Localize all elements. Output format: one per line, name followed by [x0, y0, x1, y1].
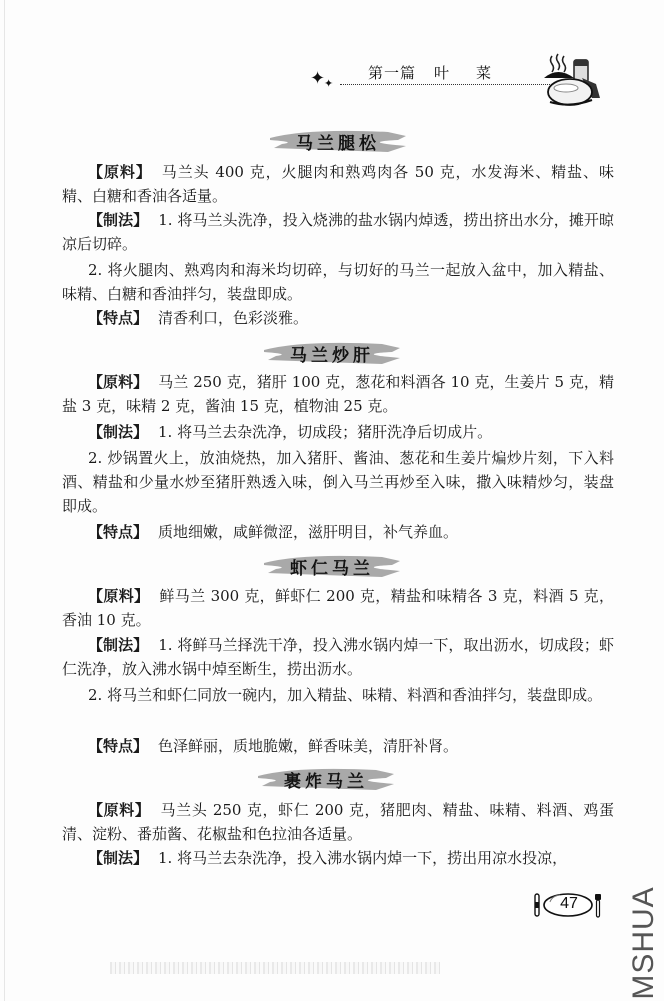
section-char-1: 叶	[434, 64, 450, 82]
watermark: MSHUA	[627, 886, 661, 999]
recipe-title-4: 裹炸马兰	[256, 764, 396, 794]
method-step-paragraph: 2. 将马兰和虾仁同放一碗内，加入精盐、味精、料酒和香油拌匀，装盘即成。	[62, 683, 614, 707]
sparkle-icon: ✦	[310, 70, 325, 88]
page-edge-shadow	[4, 0, 5, 1001]
recipe-title-2: 马兰炒肝	[262, 338, 402, 368]
method-paragraph: 【制法】1. 将马兰去杂洗净，切成段；猪肝洗净后切成片。	[62, 420, 614, 444]
method-step-paragraph: 2. 将火腿肉、熟鸡肉和海米均切碎，与切好的马兰一起放入盆中，加入精盐、味精、白…	[62, 258, 614, 306]
dotted-rule	[340, 84, 550, 85]
chapter-label: 第一篇	[368, 64, 416, 82]
recipe-title-3: 虾仁马兰	[262, 551, 402, 581]
chapter-title: 第一篇叶菜	[368, 64, 510, 82]
running-header: ✦ ✦ 第一篇叶菜	[310, 64, 530, 88]
features-paragraph: 【特点】清香利口，色彩淡雅。	[62, 306, 614, 330]
method-paragraph: 【制法】1. 将鲜马兰择洗干净，投入沸水锅内焯一下，取出沥水，切成段；虾仁洗净，…	[62, 633, 614, 681]
features-paragraph: 【特点】色泽鲜丽，质地脆嫩，鲜香味美，清肝补肾。	[62, 734, 614, 758]
ingredients-paragraph: 【原料】马兰 250 克，猪肝 100 克，葱花和料酒各 10 克，生姜片 5 …	[62, 370, 614, 418]
method-step-paragraph: 2. 炒锅置火上，放油烧热，加入猪肝、酱油、葱花和生姜片煸炒片刻，下入料酒、精盐…	[62, 446, 614, 518]
recipe-title-1: 马兰腿松	[268, 126, 408, 156]
scan-artifact	[110, 962, 440, 974]
method-paragraph: 【制法】1. 将马兰头洗净，投入烧沸的盐水锅内焯透，捞出挤出水分，摊开晾凉后切碎…	[62, 208, 614, 256]
ingredients-paragraph: 【原料】马兰头 400 克，火腿肉和熟鸡肉各 50 克，水发海米、精盐、味精、白…	[62, 160, 614, 208]
method-paragraph: 【制法】1. 将马兰去杂洗净，投入沸水锅内焯一下，捞出用凉水投凉，	[62, 846, 614, 870]
sparkle-small-icon: ✦	[324, 78, 333, 89]
ingredients-paragraph: 【原料】鲜马兰 300 克，鲜虾仁 200 克，精盐和味精各 3 克，料酒 5 …	[62, 584, 614, 632]
page-number: 47	[553, 893, 585, 915]
features-paragraph: 【特点】质地细嫩，咸鲜微涩，滋肝明目，补气养血。	[62, 520, 614, 544]
ingredients-paragraph: 【原料】马兰头 250 克，虾仁 200 克，猪肥肉、精盐、味精、料酒、鸡蛋清、…	[62, 798, 614, 846]
chef-with-steaming-pot-icon	[540, 52, 610, 108]
section-char-2: 菜	[476, 64, 492, 82]
